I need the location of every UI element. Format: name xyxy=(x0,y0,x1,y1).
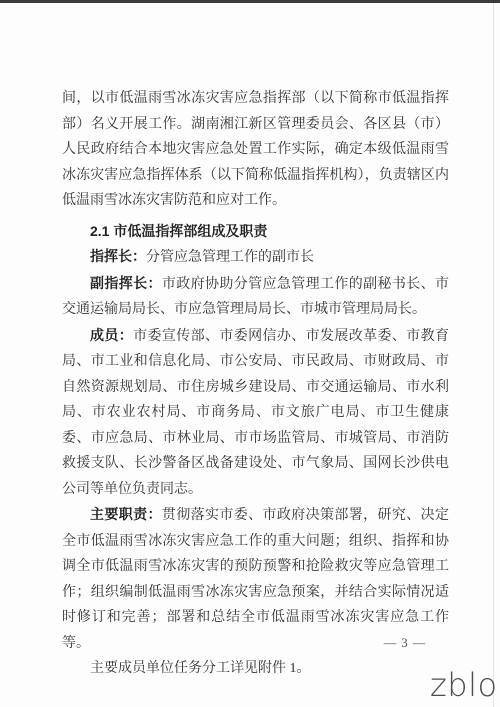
role-label-deputy-commander: 副指挥长： xyxy=(90,275,162,291)
paragraph-members: 成员：市委宣传部、市委网信办、市发展改革委、市教育局、市工业和信息化局、市公安局… xyxy=(62,323,449,503)
paragraph-closing: 主要成员单位任务分工详见附件 1。 xyxy=(62,656,449,682)
page-number: — 3 — xyxy=(381,636,429,651)
paragraph-intro: 间，以市低温雨雪冰冻灾害应急指挥部（以下简称市低温指挥部）名义开展工作。湖南湘江… xyxy=(62,86,449,214)
scan-top-edge-bar xyxy=(0,0,500,3)
role-label-main-duties: 主要职责： xyxy=(90,506,162,522)
role-label-members: 成员： xyxy=(90,327,133,343)
paragraph-main-duties: 主要职责：贯彻落实市委、市政府决策部署，研究、决定全市低温雨雪冰冻灾害应急工作的… xyxy=(62,502,449,656)
role-label-commander: 指挥长： xyxy=(90,248,146,264)
role-text-main-duties: 贯彻落实市委、市政府决策部署，研究、决定全市低温雨雪冰冻灾害应急工作的重大问题；… xyxy=(62,508,449,651)
document-body: 间，以市低温雨雪冰冻灾害应急指挥部（以下简称市低温指挥部）名义开展工作。湖南湘江… xyxy=(62,86,449,682)
role-text-commander: 分管应急管理工作的副市长 xyxy=(146,250,314,265)
section-heading: 2.1 市低温指挥部组成及职责 xyxy=(62,219,449,245)
role-text-members: 市委宣传部、市委网信办、市发展改革委、市教育局、市工业和信息化局、市公安局、市民… xyxy=(62,329,449,497)
paragraph-deputy-commander: 副指挥长：市政府协助分管应急管理工作的副秘书长、市交通运输局局长、市应急管理局局… xyxy=(62,271,449,323)
paragraph-commander: 指挥长：分管应急管理工作的副市长 xyxy=(62,244,449,271)
scan-right-edge-line xyxy=(493,3,494,707)
document-page: 间，以市低温雨雪冰冻灾害应急指挥部（以下简称市低温指挥部）名义开展工作。湖南湘江… xyxy=(0,0,500,707)
watermark-zblog: zblog xyxy=(430,666,500,704)
